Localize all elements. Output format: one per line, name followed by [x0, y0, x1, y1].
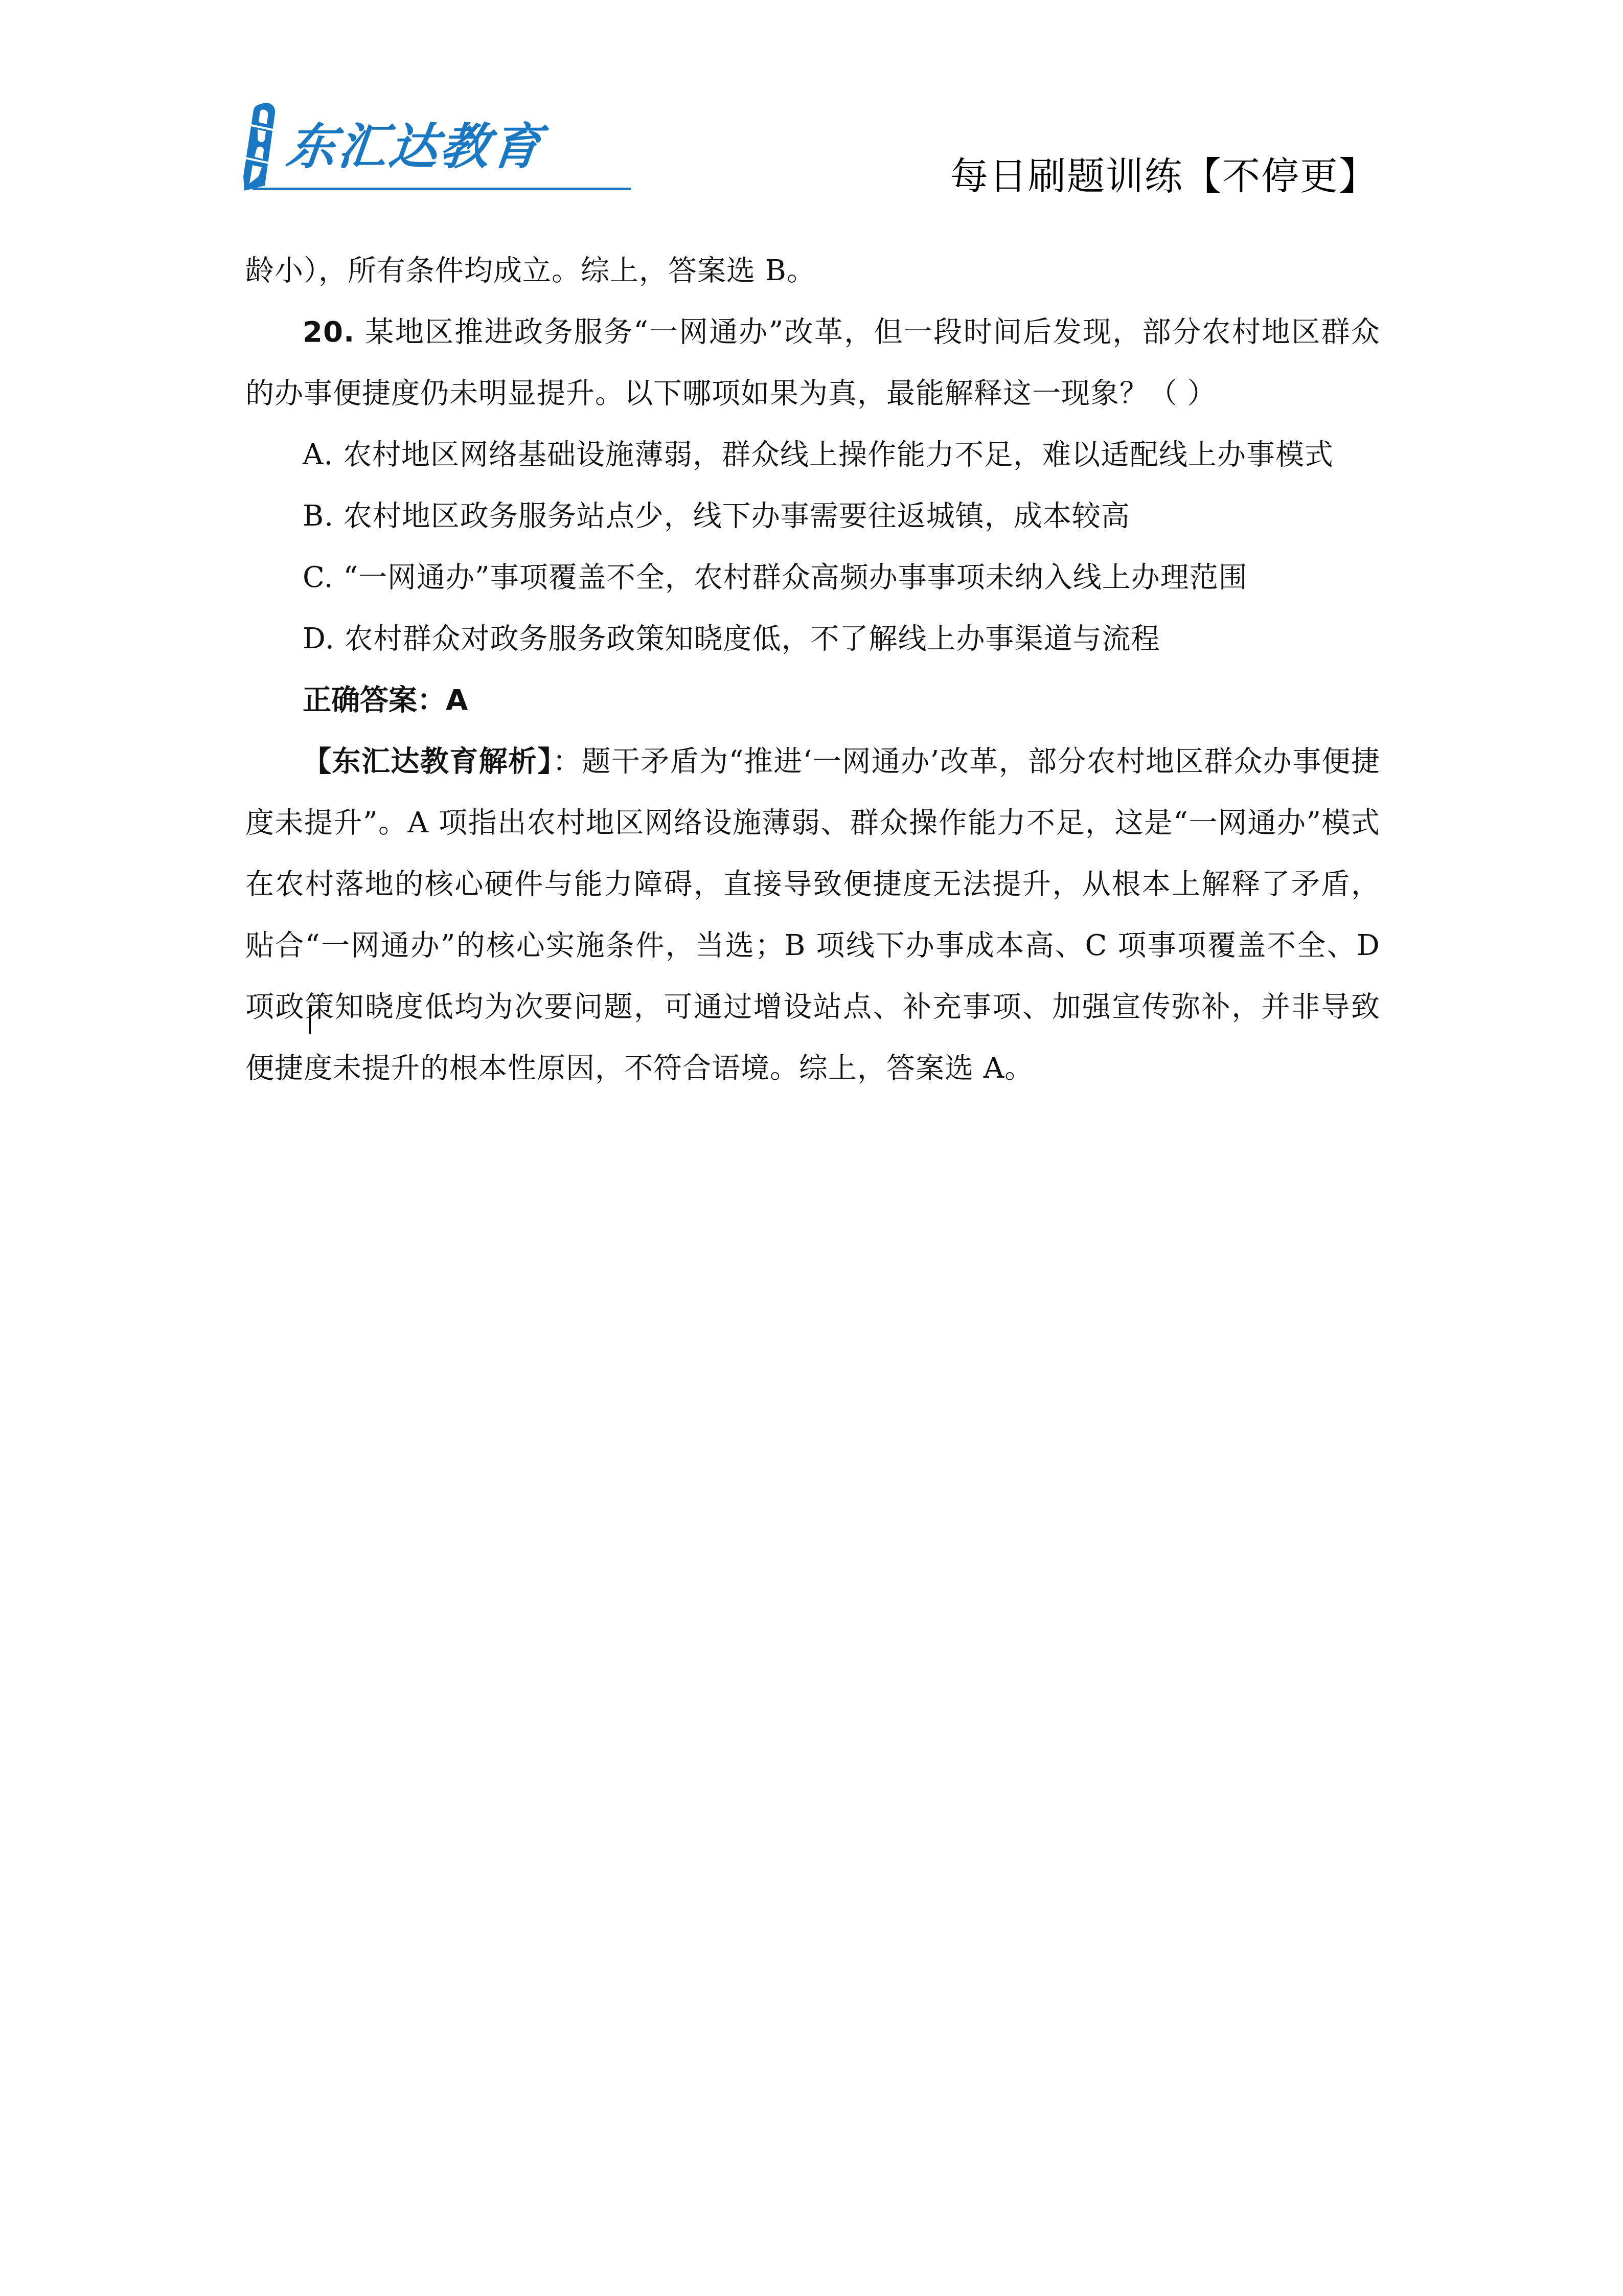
logo-text: 东汇达教育	[284, 121, 545, 172]
option-text: 农村地区网络基础设施薄弱，群众线上操作能力不足，难以适配线上办事模式	[343, 438, 1334, 471]
brand-logo: 东汇达教育	[242, 100, 631, 194]
correct-answer: 正确答案：A	[245, 670, 1380, 731]
logo-underline	[253, 188, 631, 190]
option-label: A.	[303, 438, 333, 471]
option-label: C.	[303, 561, 334, 594]
option-label: B.	[303, 499, 334, 533]
option-text: 农村地区政务服务站点少，线下办事需要往返城镇，成本较高	[344, 499, 1130, 533]
option-c: C. “一网通办”事项覆盖不全，农村群众高频办事事项未纳入线上办理范围	[245, 547, 1380, 608]
analysis-text: ：题干矛盾为“推进‘一网通办’改革，部分农村地区群众办事便捷度未提升”。A 项指…	[245, 745, 1380, 1085]
answer-value: A	[446, 684, 468, 717]
pencil-icon	[242, 100, 283, 192]
document-content: 龄小），所有条件均成立。综上，答案选 B。 20. 某地区推进政务服务“一网通办…	[245, 240, 1380, 1099]
option-d: D. 农村群众对政务服务政策知晓度低，不了解线上办事渠道与流程	[245, 608, 1380, 670]
page-header-title: 每日刷题训练【不停更】	[950, 153, 1378, 199]
analysis-paragraph: 【东汇达教育解析】：题干矛盾为“推进‘一网通办’改革，部分农村地区群众办事便捷度…	[245, 731, 1380, 1099]
continuation-text: 龄小），所有条件均成立。综上，答案选 B。	[245, 240, 1380, 302]
option-label: D.	[303, 622, 335, 655]
answer-label: 正确答案：	[303, 684, 446, 717]
option-text: “一网通办”事项覆盖不全，农村群众高频办事事项未纳入线上办理范围	[343, 561, 1247, 594]
document-page: 东汇达教育 每日刷题训练【不停更】 龄小），所有条件均成立。综上，答案选 B。 …	[0, 0, 1623, 2296]
question-text: 某地区推进政务服务“一网通办”改革，但一段时间后发现，部分农村地区群众的办事便捷…	[245, 315, 1380, 410]
option-text: 农村群众对政务服务政策知晓度低，不了解线上办事渠道与流程	[345, 622, 1160, 655]
option-a: A. 农村地区网络基础设施薄弱，群众线上操作能力不足，难以适配线上办事模式	[245, 424, 1380, 486]
question-stem: 20. 某地区推进政务服务“一网通办”改革，但一段时间后发现，部分农村地区群众的…	[245, 302, 1380, 424]
text-cursor[interactable]	[309, 1005, 311, 1034]
analysis-tag: 【东汇达教育解析】	[303, 745, 553, 778]
question-number: 20.	[303, 315, 355, 349]
option-b: B. 农村地区政务服务站点少，线下办事需要往返城镇，成本较高	[245, 486, 1380, 547]
